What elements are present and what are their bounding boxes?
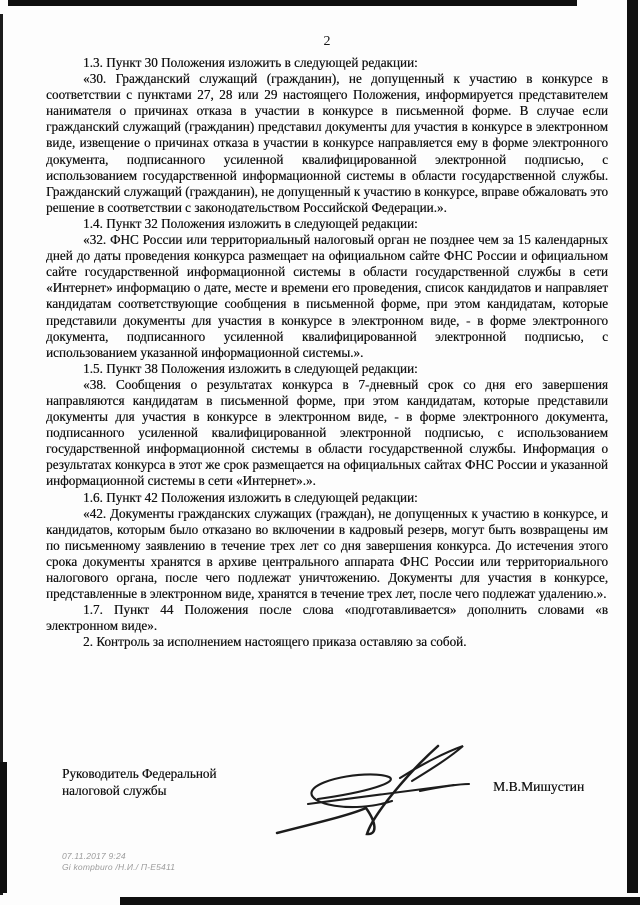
paragraph-1-3-heading: 1.3. Пункт 30 Положения изложить в следу… xyxy=(46,55,608,71)
paragraph-1-4-heading: 1.4. Пункт 32 Положения изложить в следу… xyxy=(46,216,608,232)
signer-name: М.В.Мишустин xyxy=(493,779,584,795)
document-page: 2 1.3. Пункт 30 Положения изложить в сле… xyxy=(0,0,640,905)
scan-edge-bottom xyxy=(120,897,640,905)
paragraph-point-30: «30. Гражданский служащий (гражданин), н… xyxy=(46,71,608,216)
paragraph-1-5-heading: 1.5. Пункт 38 Положения изложить в следу… xyxy=(46,361,608,377)
paragraph-point-42: «42. Документы гражданских служащих (гра… xyxy=(46,506,608,603)
stamp-ref: Gi kompburo /Н.И./ П-Е5411 xyxy=(62,862,175,873)
handwritten-signature-icon xyxy=(272,737,472,849)
paragraph-1-6-heading: 1.6. Пункт 42 Положения изложить в следу… xyxy=(46,490,608,506)
signer-title: Руководитель Федеральной налоговой служб… xyxy=(62,765,248,799)
paragraph-point-38: «38. Сообщения о результатах конкурса в … xyxy=(46,377,608,490)
paragraph-point-32: «32. ФНС России или территориальный нало… xyxy=(46,232,608,361)
page-number: 2 xyxy=(46,34,608,50)
footer-stamp: 07.11.2017 9:24 Gi kompburo /Н.И./ П-Е54… xyxy=(62,851,175,872)
paragraph-2-control: 2. Контроль за исполнением настоящего пр… xyxy=(46,634,608,650)
document-body: 1.3. Пункт 30 Положения изложить в следу… xyxy=(46,55,608,650)
scan-edge-right xyxy=(627,0,638,893)
stamp-date: 07.11.2017 9:24 xyxy=(62,851,175,862)
scan-edge-top xyxy=(8,0,577,6)
paragraph-1-7: 1.7. Пункт 44 Положения после слова «под… xyxy=(46,602,608,634)
scan-edge-left-bottom xyxy=(0,762,7,893)
